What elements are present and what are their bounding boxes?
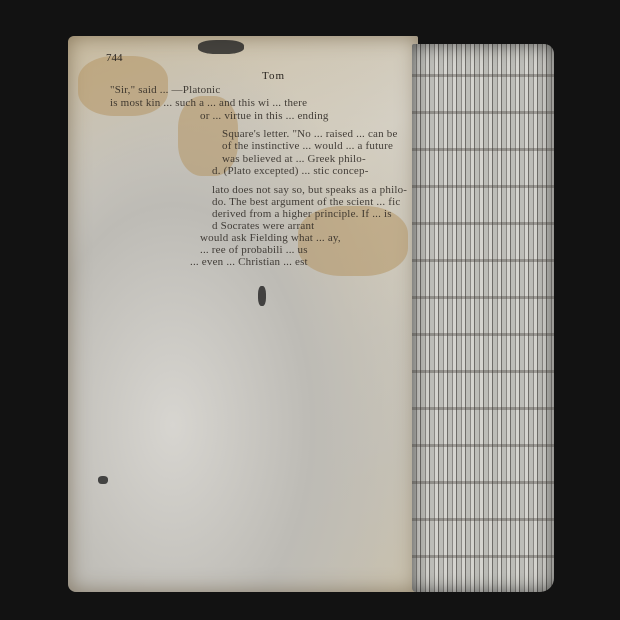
text-line: derived from a higher principle. If ... … — [212, 208, 392, 220]
text-line: ... ree of probabili ... us — [200, 244, 308, 256]
ink-blot — [258, 286, 266, 306]
book-spine — [412, 44, 554, 592]
page-number: 744 — [106, 52, 123, 64]
text-line: lato does not say so, but speaks as a ph… — [212, 184, 407, 196]
ink-blot — [98, 476, 108, 484]
text-line: "Sir," said ... —Platonic — [110, 84, 220, 96]
text-line: or ... virtue in this ... ending — [200, 110, 329, 122]
text-line: would ask Fielding what ... ay, — [200, 232, 341, 244]
running-head: Tom — [262, 70, 285, 82]
text-line: Square's letter. "No ... raised ... can … — [222, 128, 398, 140]
text-line: do. The best argument of the scient ... … — [212, 196, 400, 208]
text-line: d Socrates were arrant — [212, 220, 314, 232]
text-line: was believed at ... Greek philo- — [222, 153, 366, 165]
ink-blot — [198, 40, 244, 54]
text-line: is most kin ... such a ... and this wi .… — [110, 97, 307, 109]
text-line: ... even ... Christian ... est — [190, 256, 308, 268]
text-line: of the instinctive ... would ... a futur… — [222, 140, 393, 152]
spine-stitching — [412, 44, 554, 592]
text-line: d. (Plato excepted) ... stic concep- — [212, 165, 369, 177]
